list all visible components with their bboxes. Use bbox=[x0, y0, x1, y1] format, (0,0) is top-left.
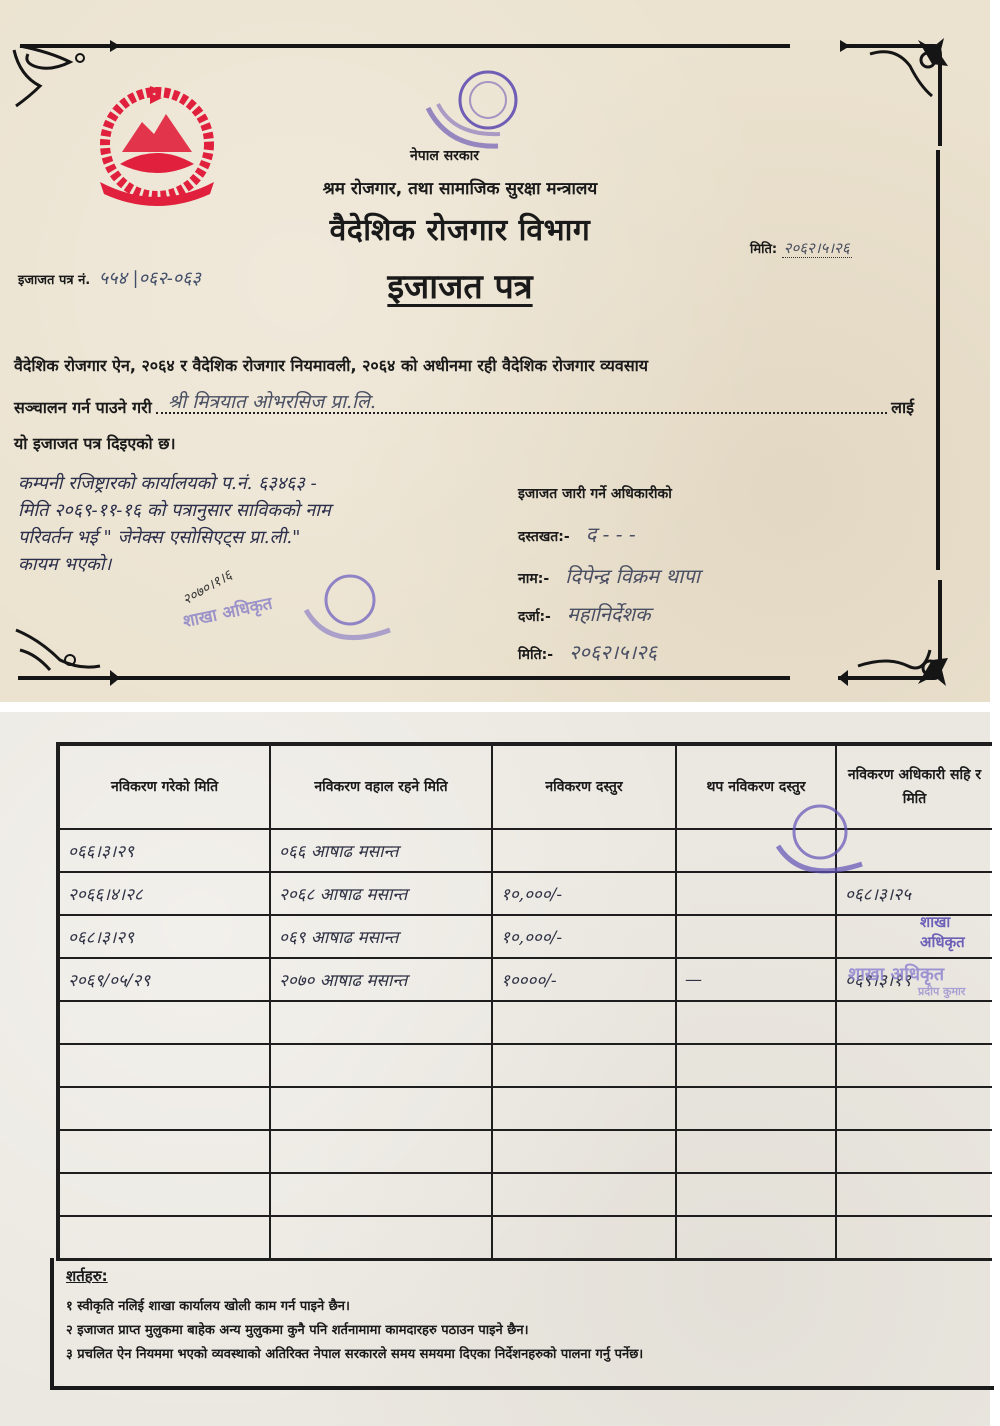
corner-ornament-top-right bbox=[840, 36, 950, 146]
cell bbox=[676, 1087, 836, 1130]
body-line-2-suffix: लाई bbox=[891, 396, 914, 418]
cell bbox=[676, 1216, 836, 1260]
rank-label: दर्जा:- bbox=[518, 607, 551, 626]
cell bbox=[58, 1216, 270, 1260]
renewal-officer-stamp-1: शाखा अधिकृत bbox=[920, 912, 1000, 952]
cell: २०७० आषाढ मसान्त bbox=[270, 958, 492, 1001]
cell bbox=[270, 1001, 492, 1044]
table-row bbox=[58, 1130, 992, 1173]
cell: ०६८।३।२९ bbox=[58, 915, 270, 958]
column-header-valid-until: नविकरण वहाल रहने मिति bbox=[270, 744, 492, 829]
authority-signature: दस्तखत:- द - - - bbox=[518, 520, 636, 547]
cell: ०६६।३।२९ bbox=[58, 829, 270, 872]
condition-item: ३ प्रचलित ऐन नियममा भएको व्यवस्थाको अतिर… bbox=[66, 1344, 643, 1362]
signature-label: दस्तखत:- bbox=[518, 527, 570, 546]
authority-date-value: २०६२।५।२६ bbox=[569, 638, 657, 665]
name-label: नाम:- bbox=[518, 569, 549, 588]
government-name: नेपाल सरकार bbox=[410, 146, 479, 165]
note-line: मिति २०६९-११-१६ को पत्रानुसार साविकको ना… bbox=[18, 497, 488, 524]
frame-right-border bbox=[936, 150, 940, 570]
cell bbox=[676, 1001, 836, 1044]
cell: ०६६ आषाढ मसान्त bbox=[270, 829, 492, 872]
cell bbox=[270, 1173, 492, 1216]
department-round-stamp bbox=[300, 570, 400, 660]
column-header-renewal-fee: नविकरण दस्तुर bbox=[492, 744, 676, 829]
signature-value: द - - - bbox=[586, 520, 636, 547]
company-name-value: श्री मित्रयात ओभरसिज प्रा.लि. bbox=[168, 388, 376, 414]
cell bbox=[676, 915, 836, 958]
permit-body-line-2: सञ्चालन गर्न पाउने गरी श्री मित्रयात ओभर… bbox=[14, 394, 914, 418]
rank-value: महानिर्देशक bbox=[567, 600, 651, 627]
cell bbox=[492, 1001, 676, 1044]
cell bbox=[492, 1173, 676, 1216]
permit-number: इजाजत पत्र नं. ५५४ |०६२-०६३ bbox=[18, 266, 201, 290]
issue-date-value: २०६२।५।२६ bbox=[782, 239, 852, 258]
table-row bbox=[58, 1087, 992, 1130]
cell bbox=[58, 1044, 270, 1087]
renewal-round-stamp bbox=[770, 800, 870, 890]
cell bbox=[836, 1173, 992, 1216]
cell bbox=[58, 1130, 270, 1173]
cell bbox=[836, 1001, 992, 1044]
table-row: ०६८।३।२९०६९ आषाढ मसान्त१०,०००/- bbox=[58, 915, 992, 958]
cell bbox=[58, 1001, 270, 1044]
ministry-name: श्रम रोजगार, तथा सामाजिक सुरक्षा मन्त्रा… bbox=[0, 176, 920, 199]
cell bbox=[676, 1130, 836, 1173]
table-row bbox=[58, 1001, 992, 1044]
permit-body-line-3: यो इजाजत पत्र दिइएको छ। bbox=[14, 432, 176, 454]
cell bbox=[836, 1044, 992, 1087]
issue-date-label: मिति: bbox=[750, 242, 777, 257]
cell bbox=[492, 1130, 676, 1173]
table-row bbox=[58, 1044, 992, 1087]
permit-certificate: नेपाल सरकार श्रम रोजगार, तथा सामाजिक सुर… bbox=[0, 0, 990, 702]
renewal-officer-name-stamp: प्रदीप कुमार bbox=[918, 984, 965, 999]
cell bbox=[676, 1044, 836, 1087]
cell bbox=[270, 1087, 492, 1130]
cell: ०६९ आषाढ मसान्त bbox=[270, 915, 492, 958]
permit-body-line-1: वैदेशिक रोजगार ऐन, २०६४ र वैदेशिक रोजगार… bbox=[14, 354, 648, 376]
cell bbox=[676, 1173, 836, 1216]
cell: १०,०००/- bbox=[492, 872, 676, 915]
authority-date-label: मिति:- bbox=[518, 645, 553, 664]
cell bbox=[58, 1087, 270, 1130]
note-line: परिवर्तन भई " जेनेक्स एसोसिएट्स प्रा.ली.… bbox=[18, 524, 488, 551]
cell: २०६९/०५/२९ bbox=[58, 958, 270, 1001]
frame-top-border bbox=[110, 44, 790, 48]
cell bbox=[492, 1216, 676, 1260]
cell bbox=[492, 829, 676, 872]
column-header-renewal-date: नविकरण गरेको मिति bbox=[58, 744, 270, 829]
cell: २०६८ आषाढ मसान्त bbox=[270, 872, 492, 915]
issue-date: मिति: २०६२।५।२६ bbox=[750, 238, 852, 258]
cell bbox=[492, 1044, 676, 1087]
permit-number-label: इजाजत पत्र नं. bbox=[18, 273, 90, 288]
handwritten-name-change-note: कम्पनी रजिष्ट्रारको कार्यालयको प.नं. ६३४… bbox=[18, 470, 488, 578]
cell: २०६६।४।२८ bbox=[58, 872, 270, 915]
note-line: कम्पनी रजिष्ट्रारको कार्यालयको प.नं. ६३४… bbox=[18, 470, 488, 497]
renewal-officer-stamp-2: शाखा अधिकृत bbox=[848, 962, 944, 986]
cell: १००००/- bbox=[492, 958, 676, 1001]
body-line-2-prefix: सञ्चालन गर्न पाउने गरी bbox=[14, 396, 152, 418]
frame-bottom-border bbox=[110, 676, 790, 680]
condition-item: १ स्वीकृति नलिई शाखा कार्यालय खोली काम ग… bbox=[66, 1296, 350, 1314]
table-row bbox=[58, 1173, 992, 1216]
name-value: दिपेन्द्र विक्रम थापा bbox=[565, 562, 700, 589]
permit-number-value: ५५४ |०६२-०६३ bbox=[99, 268, 201, 289]
cell bbox=[270, 1044, 492, 1087]
conditions-section: शर्तहरु: १ स्वीकृति नलिई शाखा कार्यालय ख… bbox=[50, 1258, 994, 1390]
company-name-field: श्री मित्रयात ओभरसिज प्रा.लि. bbox=[156, 394, 887, 414]
conditions-title: शर्तहरु: bbox=[66, 1266, 108, 1286]
authority-name: नाम:- दिपेन्द्र विक्रम थापा bbox=[518, 562, 700, 589]
corner-ornament-bottom-left bbox=[10, 580, 120, 690]
cell: १०,०००/- bbox=[492, 915, 676, 958]
cell bbox=[836, 1130, 992, 1173]
cell bbox=[270, 1130, 492, 1173]
cell bbox=[270, 1216, 492, 1260]
note-line: कायम भएको। bbox=[18, 551, 488, 578]
cell: — bbox=[676, 958, 836, 1001]
issuing-authority-heading: इजाजत जारी गर्ने अधिकारीको bbox=[518, 484, 672, 503]
cell bbox=[836, 1087, 992, 1130]
cell bbox=[836, 1216, 992, 1260]
condition-item: २ इजाजत प्राप्त मुलुकमा बाहेक अन्य मुलुक… bbox=[66, 1320, 529, 1338]
cell bbox=[492, 1087, 676, 1130]
table-row bbox=[58, 1216, 992, 1260]
authority-rank: दर्जा:- महानिर्देशक bbox=[518, 600, 650, 627]
corner-ornament-bottom-right bbox=[838, 580, 948, 690]
cell bbox=[58, 1173, 270, 1216]
authority-date: मिति:- २०६२।५।२६ bbox=[518, 638, 657, 665]
